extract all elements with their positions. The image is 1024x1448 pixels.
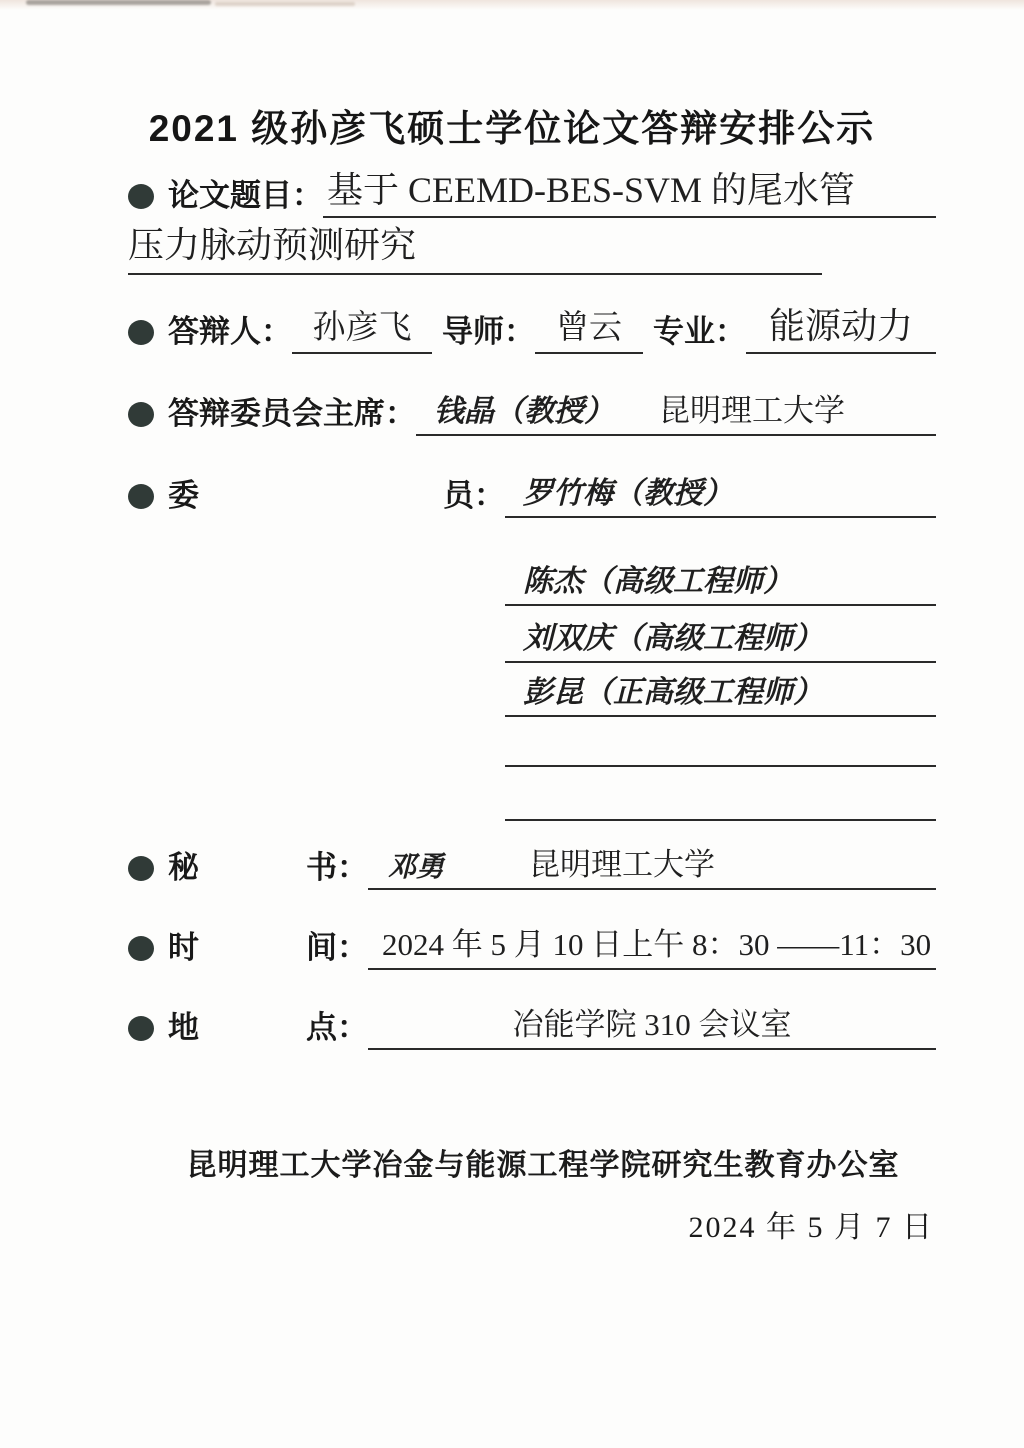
announcement-document: 2021 级孙彦飞硕士学位论文答辩安排公示 论文题目： 基于 CEEMD-BES…: [0, 0, 1024, 1448]
time-label: 时 间：: [168, 929, 368, 970]
thesis-title-label: 论文题目：: [168, 177, 323, 218]
thesis-title-value-line2: 压力脉动预测研究: [128, 222, 822, 275]
scan-smudge-mark: [215, 2, 355, 6]
bullet-icon: [128, 936, 154, 961]
committee-member-line-empty: [505, 721, 936, 767]
committee-label-second: 员：: [443, 477, 505, 514]
footer-office: 昆明理工大学冶金与能源工程学院研究生教育办公室: [150, 1140, 936, 1184]
advisor-field: 曾云: [535, 300, 643, 354]
bullet-icon: [128, 1016, 154, 1041]
committee-label-first: 委: [168, 477, 199, 514]
committee-member-field: 罗竹梅（教授）: [505, 462, 936, 518]
time-label-first: 时: [168, 929, 199, 966]
defender-row: 答辩人： 孙彦飞 导师： 曾云 专业： 能源动力: [128, 300, 936, 354]
committee-member: 罗竹梅（教授）: [505, 474, 733, 513]
committee-member-line: 彭昆（正高级工程师）: [505, 671, 936, 717]
secretary-row: 秘 书： 邓勇 昆明理工大学: [128, 836, 936, 890]
major-label: 专业：: [653, 313, 746, 354]
time-row: 时 间： 2024 年 5 月 10 日上午 8：30 ——11：30: [128, 916, 936, 970]
scan-smudge-mark: [26, 0, 211, 5]
time-value: 2024 年 5 月 10 日上午 8：30 ——11：30: [368, 926, 931, 965]
bullet-icon: [128, 856, 154, 881]
committee-member-line: 刘双庆（高级工程师）: [505, 617, 936, 663]
secretary-field: 邓勇 昆明理工大学: [368, 836, 936, 890]
place-label-second: 点：: [306, 1009, 368, 1046]
secretary-affiliation: 昆明理工大学: [444, 846, 715, 885]
page-title: 2021 级孙彦飞硕士学位论文答辩安排公示: [0, 98, 1024, 152]
bullet-icon: [128, 484, 154, 509]
secretary-label-first: 秘: [168, 849, 199, 886]
secretary-label: 秘 书：: [168, 849, 368, 890]
place-label-first: 地: [168, 1009, 199, 1046]
bullet-icon: [128, 320, 154, 345]
place-field: 冶能学院 310 会议室: [368, 996, 936, 1050]
chair-row: 答辩委员会主席： 钱晶（教授） 昆明理工大学: [128, 382, 936, 436]
secretary-name: 邓勇: [368, 849, 444, 885]
committee-member: 陈杰（高级工程师）: [523, 562, 793, 601]
place-value: 冶能学院 310 会议室: [513, 1006, 792, 1045]
thesis-title-value: 基于 CEEMD-BES-SVM 的尾水管: [323, 168, 855, 213]
committee-label: 委 员：: [168, 477, 505, 518]
thesis-title-field: 基于 CEEMD-BES-SVM 的尾水管: [323, 160, 936, 218]
committee-row: 委 员： 罗竹梅（教授）: [128, 462, 936, 518]
bullet-icon: [128, 402, 154, 427]
advisor-value: 曾云: [556, 308, 622, 349]
defender-field: 孙彦飞: [292, 300, 432, 354]
place-row: 地 点： 冶能学院 310 会议室: [128, 996, 936, 1050]
major-value: 能源动力: [769, 304, 913, 349]
committee-member-line: 陈杰（高级工程师）: [505, 560, 936, 606]
chair-name: 钱晶（教授）: [416, 392, 614, 431]
bullet-icon: [128, 184, 154, 209]
time-label-second: 间：: [306, 929, 368, 966]
secretary-label-second: 书：: [306, 849, 368, 886]
major-field: 能源动力: [746, 300, 936, 354]
chair-affiliation: 昆明理工大学: [614, 392, 845, 431]
defender-label: 答辩人：: [168, 313, 292, 354]
defender-value: 孙彦飞: [313, 308, 412, 349]
committee-member-line-empty: [505, 775, 936, 821]
advisor-label: 导师：: [442, 313, 535, 354]
thesis-title-row: 论文题目： 基于 CEEMD-BES-SVM 的尾水管: [128, 160, 936, 218]
committee-member: 彭昆（正高级工程师）: [523, 673, 823, 712]
time-field: 2024 年 5 月 10 日上午 8：30 ——11：30: [368, 916, 936, 970]
committee-member: 刘双庆（高级工程师）: [523, 619, 823, 658]
chair-label: 答辩委员会主席：: [168, 395, 416, 436]
place-label: 地 点：: [168, 1009, 368, 1050]
chair-field: 钱晶（教授） 昆明理工大学: [416, 382, 936, 436]
footer-date: 2024 年 5 月 7 日: [689, 1202, 935, 1246]
